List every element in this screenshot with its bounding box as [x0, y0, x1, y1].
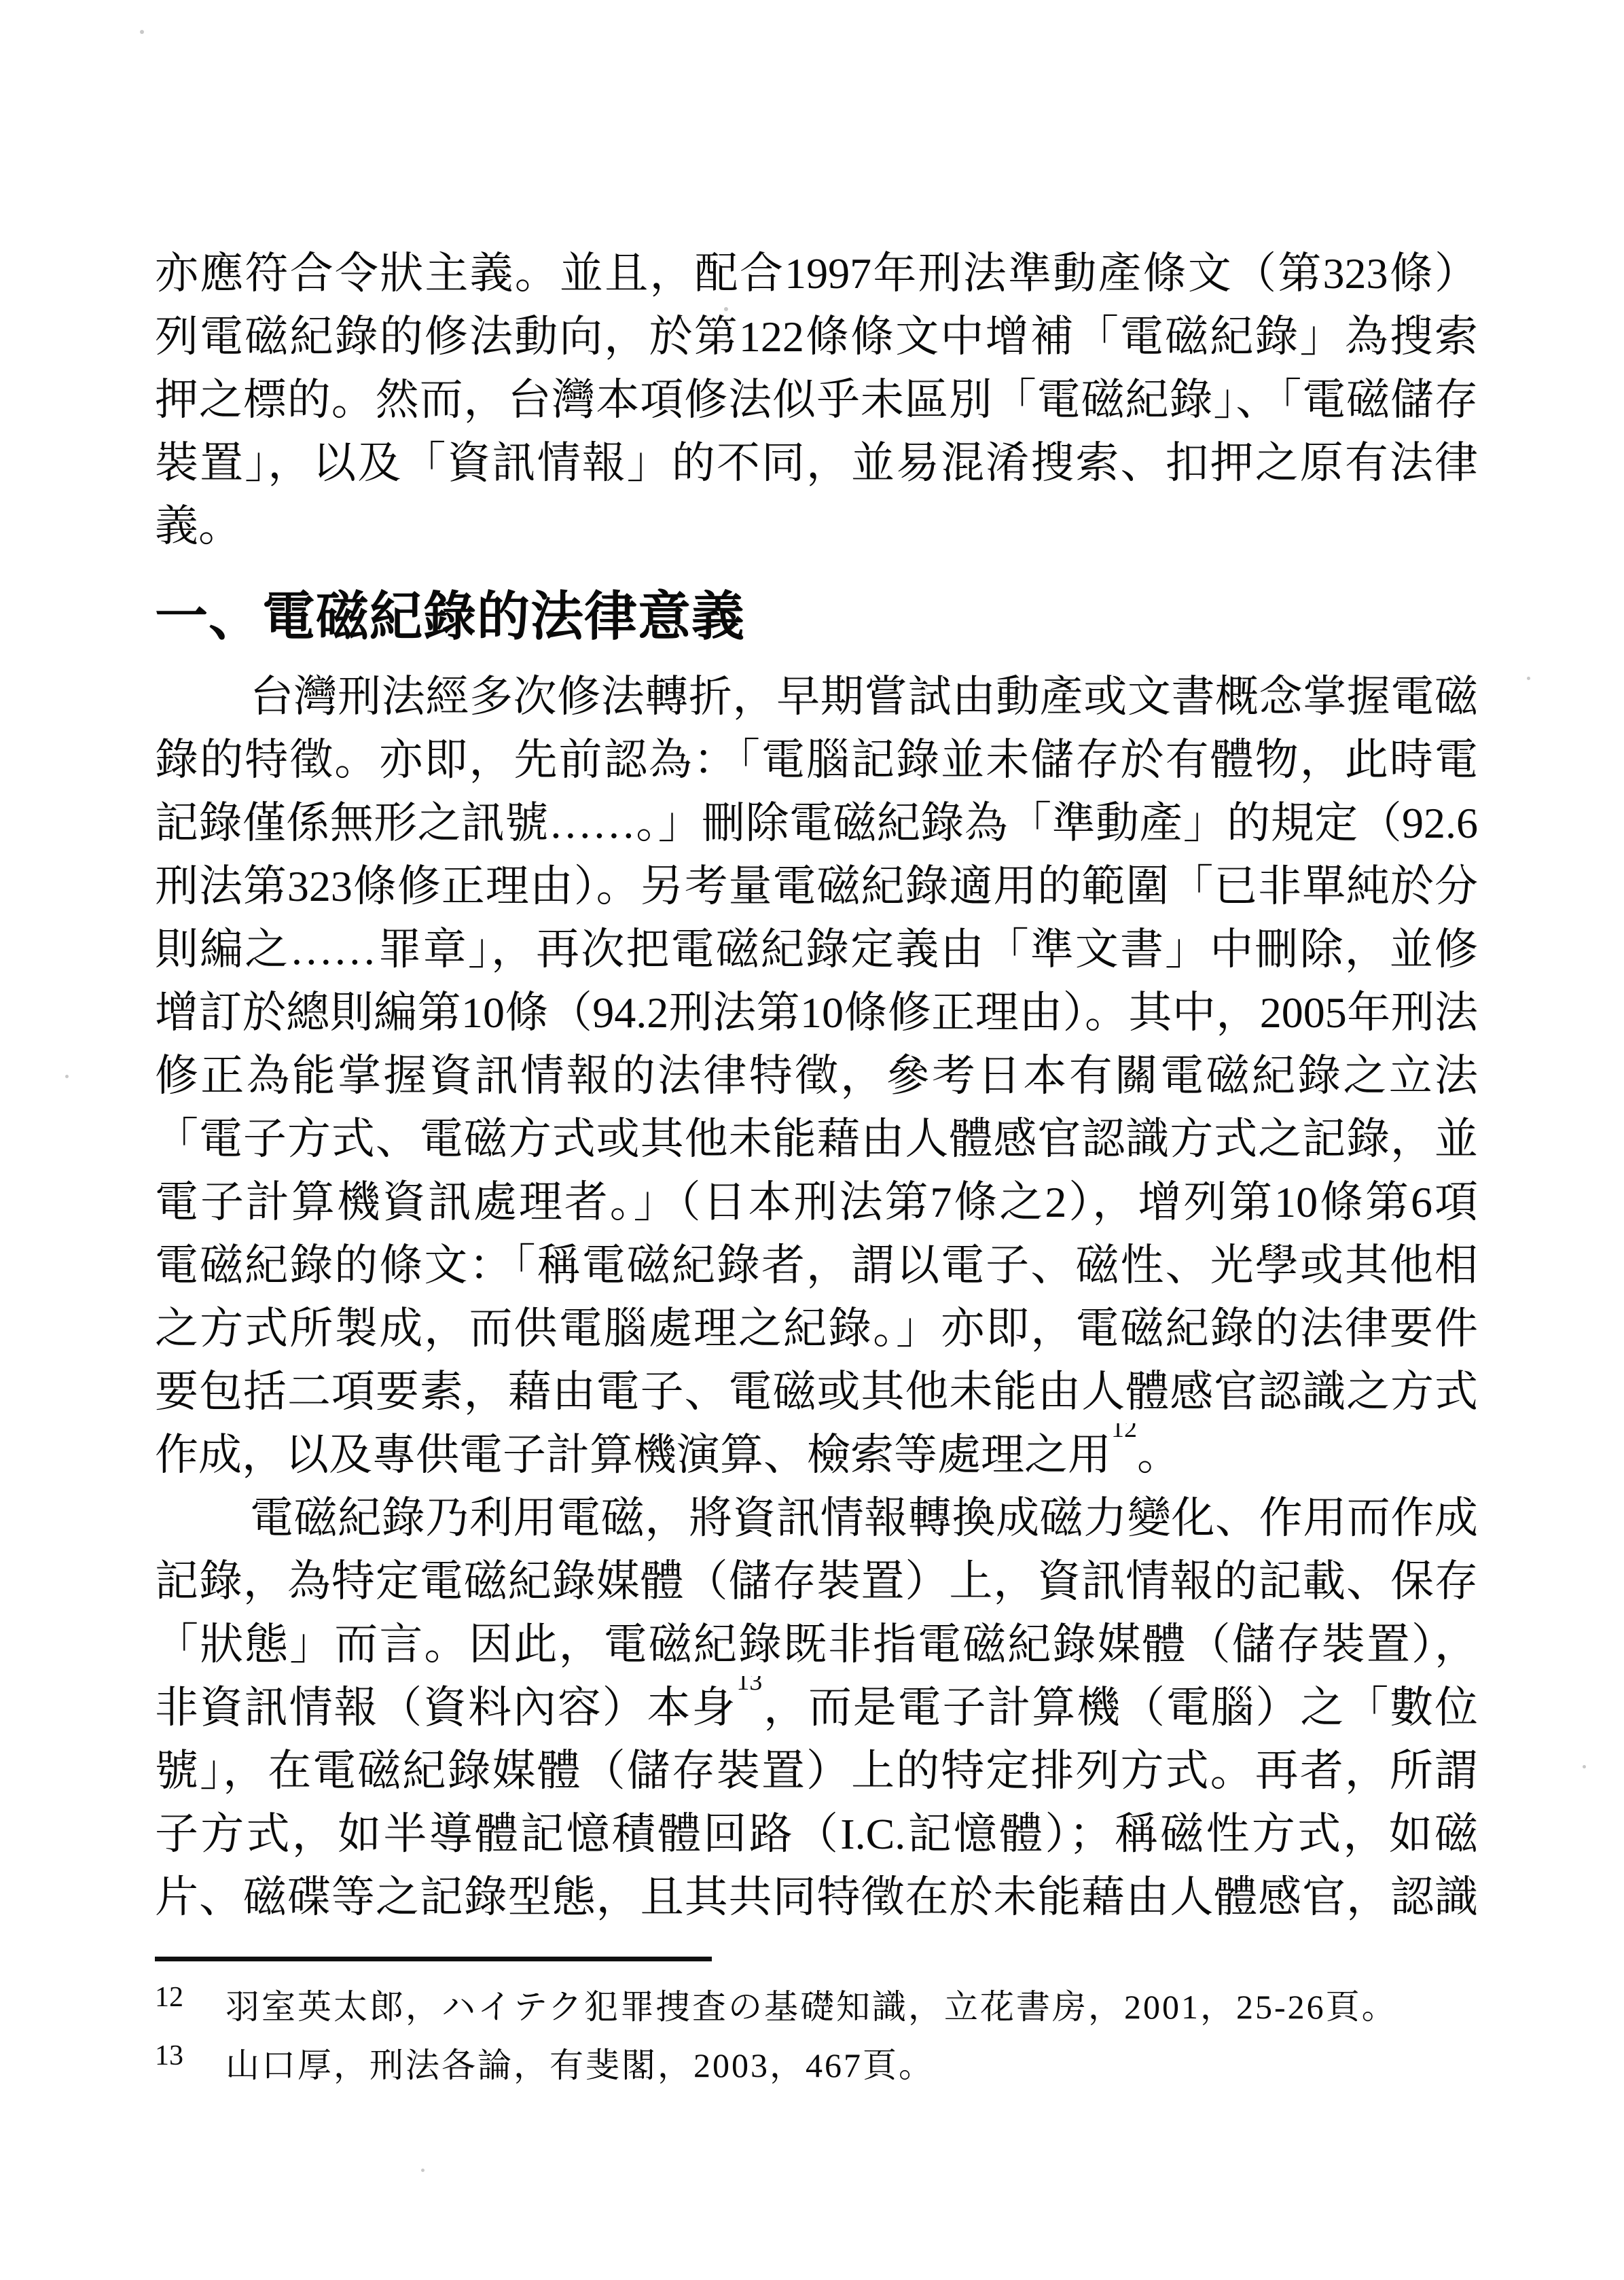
- text-line: 電磁紀錄乃利用電磁，將資訊情報轉換成磁力變化、作用而作成之: [155, 1486, 1478, 1550]
- text-segment: 非資訊情報（資料內容）本身: [155, 1684, 736, 1732]
- text-line: 台灣刑法經多次修法轉折，早期嘗試由動產或文書概念掌握電磁紀: [155, 665, 1478, 728]
- footnote-text: 山口厚，刑法各論，有斐閣，2003，467頁。: [225, 2046, 935, 2084]
- text-segment: 。: [1137, 1431, 1180, 1479]
- footnote-13: 13 山口厚，刑法各論，有斐閣，2003，467頁。: [155, 2036, 1478, 2095]
- footnote-text: 羽室英太郎，ハイテク犯罪捜査の基礎知識，立花書房，2001，25-26頁。: [225, 1988, 1398, 2026]
- text-line: 號」，在電磁紀錄媒體（儲存裝置）上的特定排列方式。再者，所謂電: [155, 1739, 1478, 1802]
- text-line: 記錄僅係無形之訊號……。」刪除電磁紀錄為「準動產」的規定（92.6: [155, 791, 1478, 855]
- text-line: 記錄，為特定電磁紀錄媒體（儲存裝置）上，資訊情報的記載、保存: [155, 1550, 1478, 1613]
- text-line: 裝置」，以及「資訊情報」的不同，並易混淆搜索、扣押之原有法律意: [155, 431, 1478, 495]
- footnote-number: 12: [155, 1968, 183, 2027]
- text-line: 則編之……罪章」，再次把電磁紀錄定義由「準文書」中刪除，並修正: [155, 918, 1478, 981]
- paragraph-2: 台灣刑法經多次修法轉折，早期嘗試由動產或文書概念掌握電磁紀 錄的特徵。亦即，先前…: [155, 665, 1478, 1486]
- text-line: 押之標的。然而，台灣本項修法似乎未區別「電磁紀錄」、「電磁儲存: [155, 368, 1478, 431]
- text-line: 之方式所製成，而供電腦處理之紀錄。」亦即，電磁紀錄的法律要件主: [155, 1297, 1478, 1360]
- paragraph-1: 亦應符合令狀主義。並且，配合1997年刑法準動產條文（第323條）增 列電磁紀錄…: [155, 242, 1478, 558]
- text-line: 刑法第323條修正理由）。另考量電磁紀錄適用的範圍「已非單純於分: [155, 855, 1478, 918]
- text-line: 義。: [155, 495, 1478, 558]
- scan-artifact: [1527, 677, 1530, 680]
- text-line: 增訂於總則編第10條（94.2刑法第10條修正理由）。其中，2005年刑法: [155, 981, 1478, 1044]
- footnote-12: 12 羽室英太郎，ハイテク犯罪捜査の基礎知識，立花書房，2001，25-26頁。: [155, 1978, 1478, 2036]
- text-line: 電磁紀錄的條文：「稱電磁紀錄者，謂以電子、磁性、光學或其他相類: [155, 1234, 1478, 1297]
- text-line: 要包括二項要素，藉由電子、電磁或其他未能由人體感官認識之方式所: [155, 1360, 1478, 1423]
- footnote-ref-12: 12: [1111, 1423, 1137, 1443]
- scan-artifact: [65, 1075, 69, 1078]
- text-line: 「電子方式、電磁方式或其他未能藉由人體感官認識方式之記錄，並供: [155, 1107, 1478, 1171]
- text-line: 「狀態」而言。因此，電磁紀錄既非指電磁紀錄媒體（儲存裝置），亦: [155, 1613, 1478, 1676]
- text-line: 電子計算機資訊處理者。」（日本刑法第7條之2），增列第10條第6項: [155, 1171, 1478, 1234]
- footnote-section: 12 羽室英太郎，ハイテク犯罪捜査の基礎知識，立花書房，2001，25-26頁。…: [155, 1957, 1478, 2095]
- scan-artifact: [724, 307, 728, 311]
- text-segment: 作成，以及專供電子計算機演算、檢索等處理之用: [155, 1431, 1111, 1479]
- scan-artifact: [421, 2169, 425, 2172]
- text-line: 非資訊情報（資料內容）本身13，而是電子計算機（電腦）之「數位符: [155, 1676, 1478, 1739]
- footnote-number: 13: [155, 2027, 183, 2085]
- footnote-ref-13: 13: [736, 1676, 762, 1696]
- text-line: 列電磁紀錄的修法動向，於第122條條文中增補「電磁紀錄」為搜索扣: [155, 305, 1478, 368]
- section-heading: 一、電磁紀錄的法律意義: [155, 583, 1478, 651]
- text-line: 作成，以及專供電子計算機演算、檢索等處理之用12。: [155, 1423, 1478, 1486]
- main-text-block: 亦應符合令狀主義。並且，配合1997年刑法準動產條文（第323條）增 列電磁紀錄…: [155, 242, 1478, 1929]
- text-line: 錄的特徵。亦即，先前認為：「電腦記錄並未儲存於有體物，此時電磁: [155, 728, 1478, 791]
- scan-artifact: [140, 30, 144, 34]
- text-line: 子方式，如半導體記憶積體回路（I.C.記憶體）；稱磁性方式，如磁: [155, 1802, 1478, 1866]
- footnote-separator: [155, 1957, 712, 1961]
- scan-artifact: [1583, 1765, 1586, 1768]
- text-line: 片、磁碟等之記錄型態，且其共同特徵在於未能藉由人體感官，認識該: [155, 1866, 1478, 1929]
- text-line: 修正為能掌握資訊情報的法律特徵，參考日本有關電磁紀錄之立法例：: [155, 1044, 1478, 1107]
- text-line: 亦應符合令狀主義。並且，配合1997年刑法準動產條文（第323條）增: [155, 242, 1478, 305]
- document-page: 亦應符合令狀主義。並且，配合1997年刑法準動產條文（第323條）增 列電磁紀錄…: [0, 0, 1624, 2280]
- paragraph-3: 電磁紀錄乃利用電磁，將資訊情報轉換成磁力變化、作用而作成之 記錄，為特定電磁紀錄…: [155, 1486, 1478, 1929]
